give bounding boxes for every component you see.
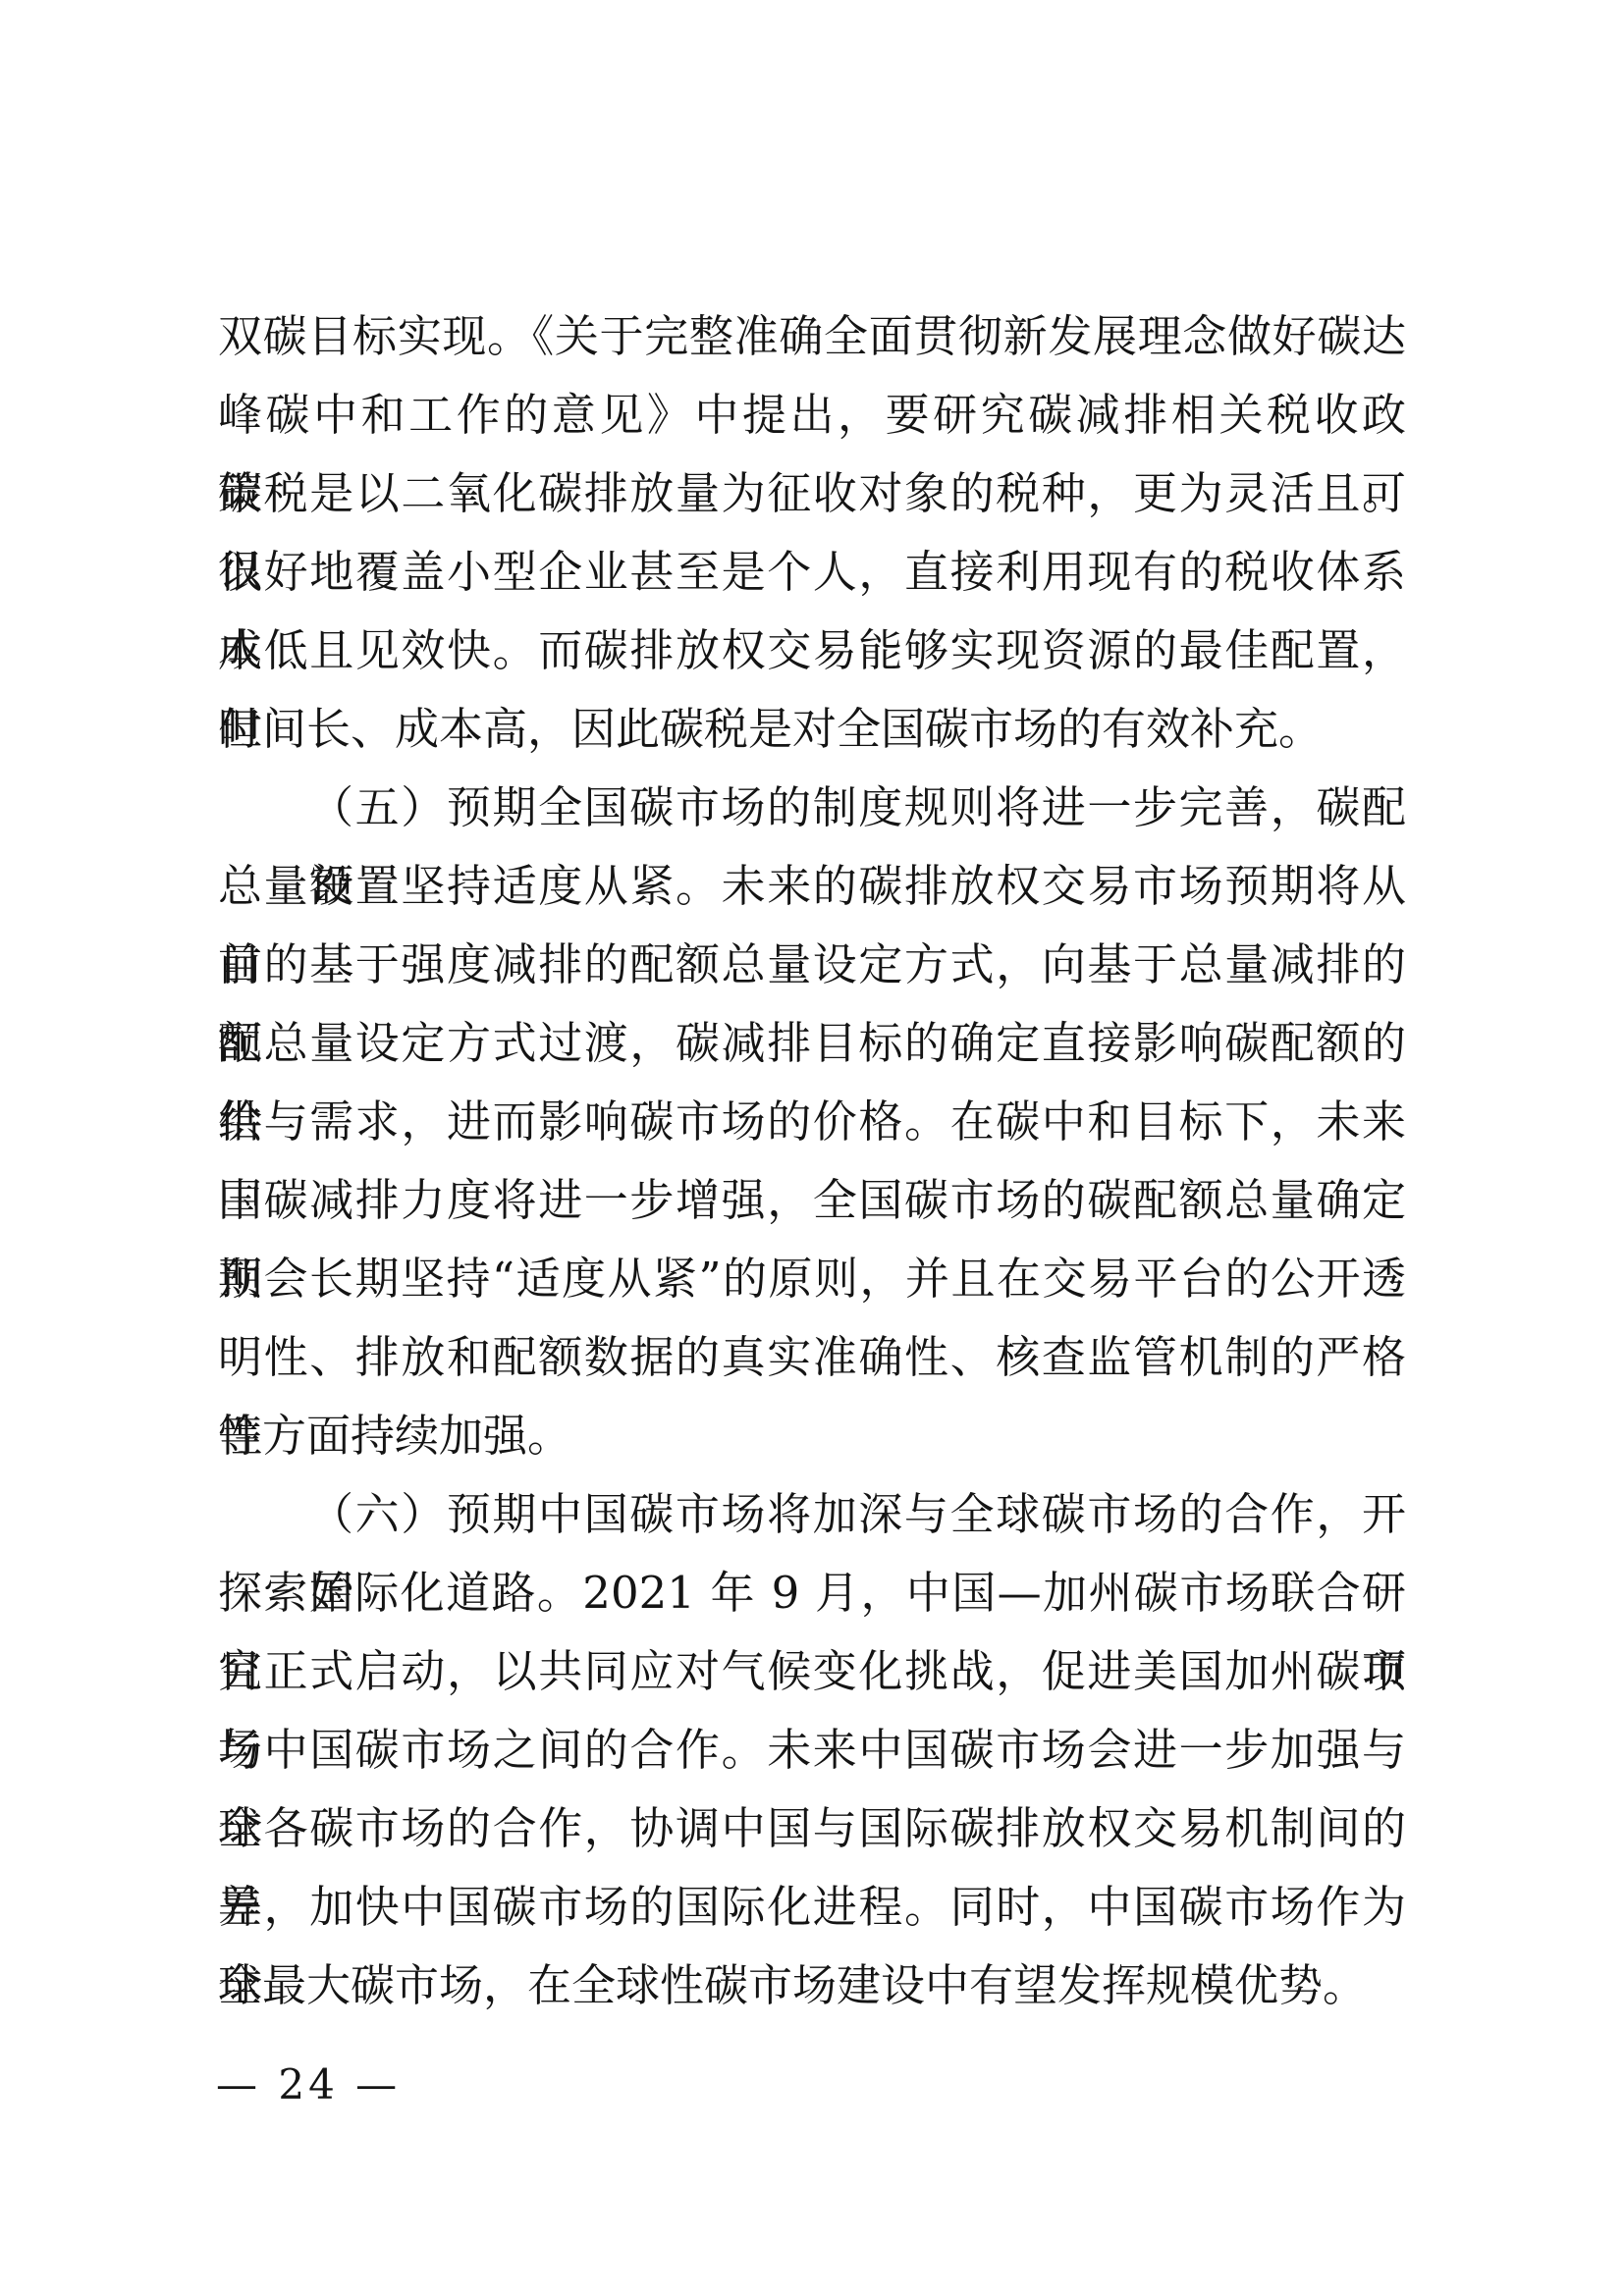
text-line: 峰碳中和工作的意见》中提出，要研究碳减排相关税收政策。 [218, 376, 1406, 454]
page-footer: — 24 — [216, 2057, 401, 2112]
page-body-text: 双碳目标实现。《关于完整准确全面贯彻新发展理念做好碳达 峰碳中和工作的意见》中提… [218, 297, 1406, 2025]
text-line: 期会长期坚持“适度从紧”的原则，并且在交易平台的公开透 [218, 1240, 1406, 1318]
text-line: 本低且见效快。而碳排放权交易能够实现资源的最佳配置，但 [218, 612, 1406, 690]
text-line: 等方面持续加强。 [218, 1397, 1406, 1475]
text-line: 与中国碳市场之间的合作。未来中国碳市场会进一步加强与全 [218, 1711, 1406, 1789]
paragraph-item-six: （六）预期中国碳市场将加深与全球碳市场的合作，开始 探索国际化道路。2021 年… [218, 1475, 1406, 2025]
text-line: 明性、排放和配额数据的真实准确性、核查监管机制的严格性 [218, 1318, 1406, 1397]
text-line: 碳税是以二氧化碳排放量为征收对象的税种，更为灵活且可以 [218, 454, 1406, 533]
text-line: 给与需求，进而影响碳市场的价格。在碳中和目标下，未来中 [218, 1083, 1406, 1161]
text-line: 国碳减排力度将进一步增强，全国碳市场的碳配额总量确定预 [218, 1161, 1406, 1240]
text-line: 目正式启动，以共同应对气候变化挑战，促进美国加州碳市场 [218, 1632, 1406, 1711]
paragraph-item-five: （五）预期全国碳市场的制度规则将进一步完善，碳配额 总量设置坚持适度从紧。未来的… [218, 769, 1406, 1475]
text-line: 前的基于强度减排的配额总量设定方式，向基于总量减排的配 [218, 926, 1406, 1004]
text-line: 探索国际化道路。2021 年 9 月，中国—加州碳市场联合研究项 [218, 1554, 1406, 1632]
document-page: 双碳目标实现。《关于完整准确全面贯彻新发展理念做好碳达 峰碳中和工作的意见》中提… [0, 0, 1624, 2296]
text-line: 时间长、成本高，因此碳税是对全国碳市场的有效补充。 [218, 690, 1406, 769]
text-line: 双碳目标实现。《关于完整准确全面贯彻新发展理念做好碳达 [218, 297, 1406, 376]
text-line: （五）预期全国碳市场的制度规则将进一步完善，碳配额 [218, 769, 1406, 847]
text-line: 异，加快中国碳市场的国际化进程。同时，中国碳市场作为全 [218, 1868, 1406, 1947]
text-line: 总量设置坚持适度从紧。未来的碳排放权交易市场预期将从目 [218, 847, 1406, 926]
text-line: 球最大碳市场，在全球性碳市场建设中有望发挥规模优势。 [218, 1947, 1406, 2025]
text-line: 很好地覆盖小型企业甚至是个人，直接利用现有的税收体系成 [218, 533, 1406, 612]
text-line: 球各碳市场的合作，协调中国与国际碳排放权交易机制间的差 [218, 1789, 1406, 1868]
text-line: 额总量设定方式过渡，碳减排目标的确定直接影响碳配额的供 [218, 1004, 1406, 1083]
page-number: — 24 — [216, 2060, 401, 2109]
text-line: （六）预期中国碳市场将加深与全球碳市场的合作，开始 [218, 1475, 1406, 1554]
paragraph-continuation: 双碳目标实现。《关于完整准确全面贯彻新发展理念做好碳达 峰碳中和工作的意见》中提… [218, 297, 1406, 769]
